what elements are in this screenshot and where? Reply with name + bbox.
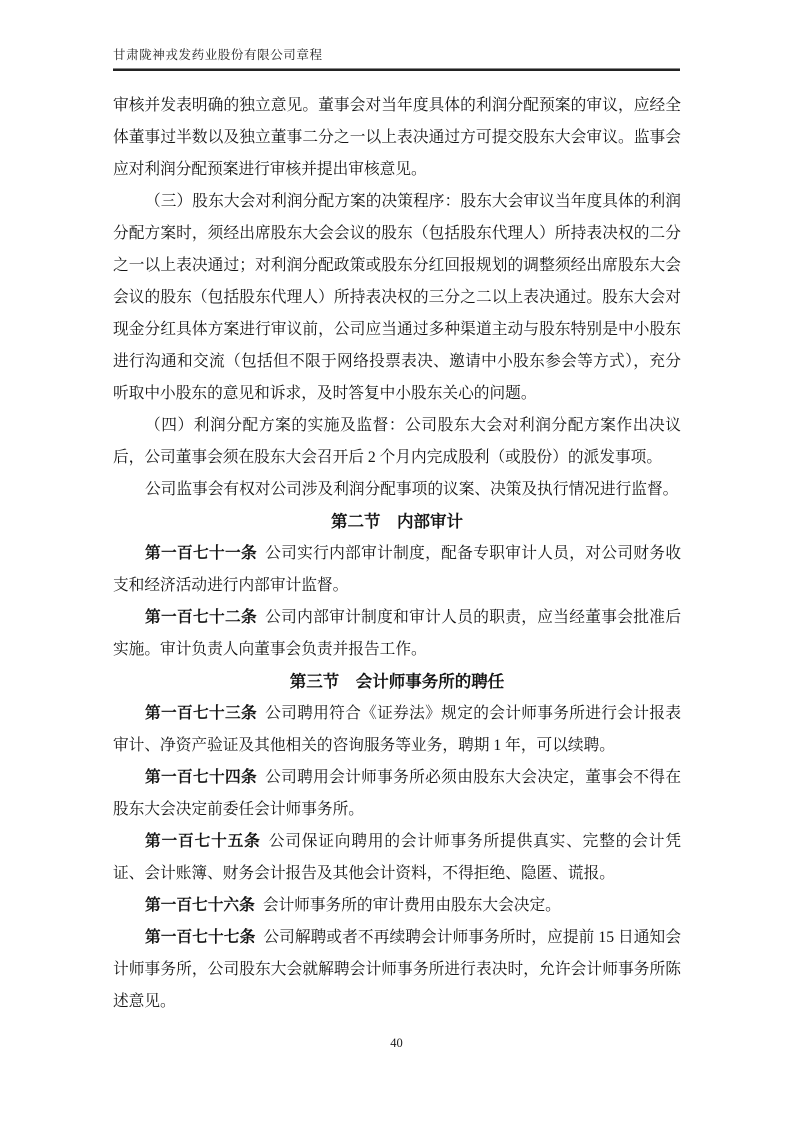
article-paragraph: 第一百七十三条公司聘用符合《证券法》规定的会计师事务所进行会计报表审计、净资产验… (113, 698, 681, 762)
article-text: 会计师事务所的审计费用由股东大会决定。 (263, 897, 561, 914)
page-footer: 40 (0, 1036, 793, 1051)
section-heading: 第二节 内部审计 (113, 506, 681, 538)
article-paragraph: 第一百七十二条公司内部审计制度和审计人员的职责，应当经董事会批准后实施。审计负责… (113, 602, 681, 666)
header-rule (113, 68, 680, 71)
article-number: 第一百七十五条 (145, 833, 261, 850)
paragraph: （三）股东大会对利润分配方案的决策程序：股东大会审议当年度具体的利润分配方案时，… (113, 186, 681, 410)
page-number: 40 (390, 1036, 403, 1050)
article-number: 第一百七十一条 (145, 545, 257, 562)
article-paragraph: 第一百七十七条公司解聘或者不再续聘会计师事务所时，应提前 15 日通知会计师事务… (113, 922, 681, 1018)
article-paragraph: 第一百七十五条公司保证向聘用的会计师事务所提供真实、完整的会计凭证、会计账簿、财… (113, 826, 681, 890)
section-heading: 第三节 会计师事务所的聘任 (113, 666, 681, 698)
article-paragraph: 第一百七十六条会计师事务所的审计费用由股东大会决定。 (113, 890, 681, 922)
page-header: 甘肃陇神戎发药业股份有限公司章程 (113, 46, 680, 71)
article-number: 第一百七十四条 (145, 769, 257, 786)
article-number: 第一百七十六条 (145, 897, 255, 914)
paragraph: 公司监事会有权对公司涉及利润分配事项的议案、决策及执行情况进行监督。 (113, 474, 681, 506)
header-title: 甘肃陇神戎发药业股份有限公司章程 (113, 46, 680, 68)
document-page: 甘肃陇神戎发药业股份有限公司章程 审核并发表明确的独立意见。董事会对当年度具体的… (0, 0, 793, 1122)
document-body: 审核并发表明确的独立意见。董事会对当年度具体的利润分配预案的审议，应经全体董事过… (113, 90, 681, 1018)
article-number: 第一百七十三条 (145, 705, 257, 722)
paragraph: （四）利润分配方案的实施及监督：公司股东大会对利润分配方案作出决议后，公司董事会… (113, 410, 681, 474)
article-paragraph: 第一百七十一条公司实行内部审计制度，配备专职审计人员，对公司财务收支和经济活动进… (113, 538, 681, 602)
article-number: 第一百七十二条 (145, 609, 257, 626)
article-number: 第一百七十七条 (145, 929, 255, 946)
article-paragraph: 第一百七十四条公司聘用会计师事务所必须由股东大会决定，董事会不得在股东大会决定前… (113, 762, 681, 826)
paragraph: 审核并发表明确的独立意见。董事会对当年度具体的利润分配预案的审议，应经全体董事过… (113, 90, 681, 186)
